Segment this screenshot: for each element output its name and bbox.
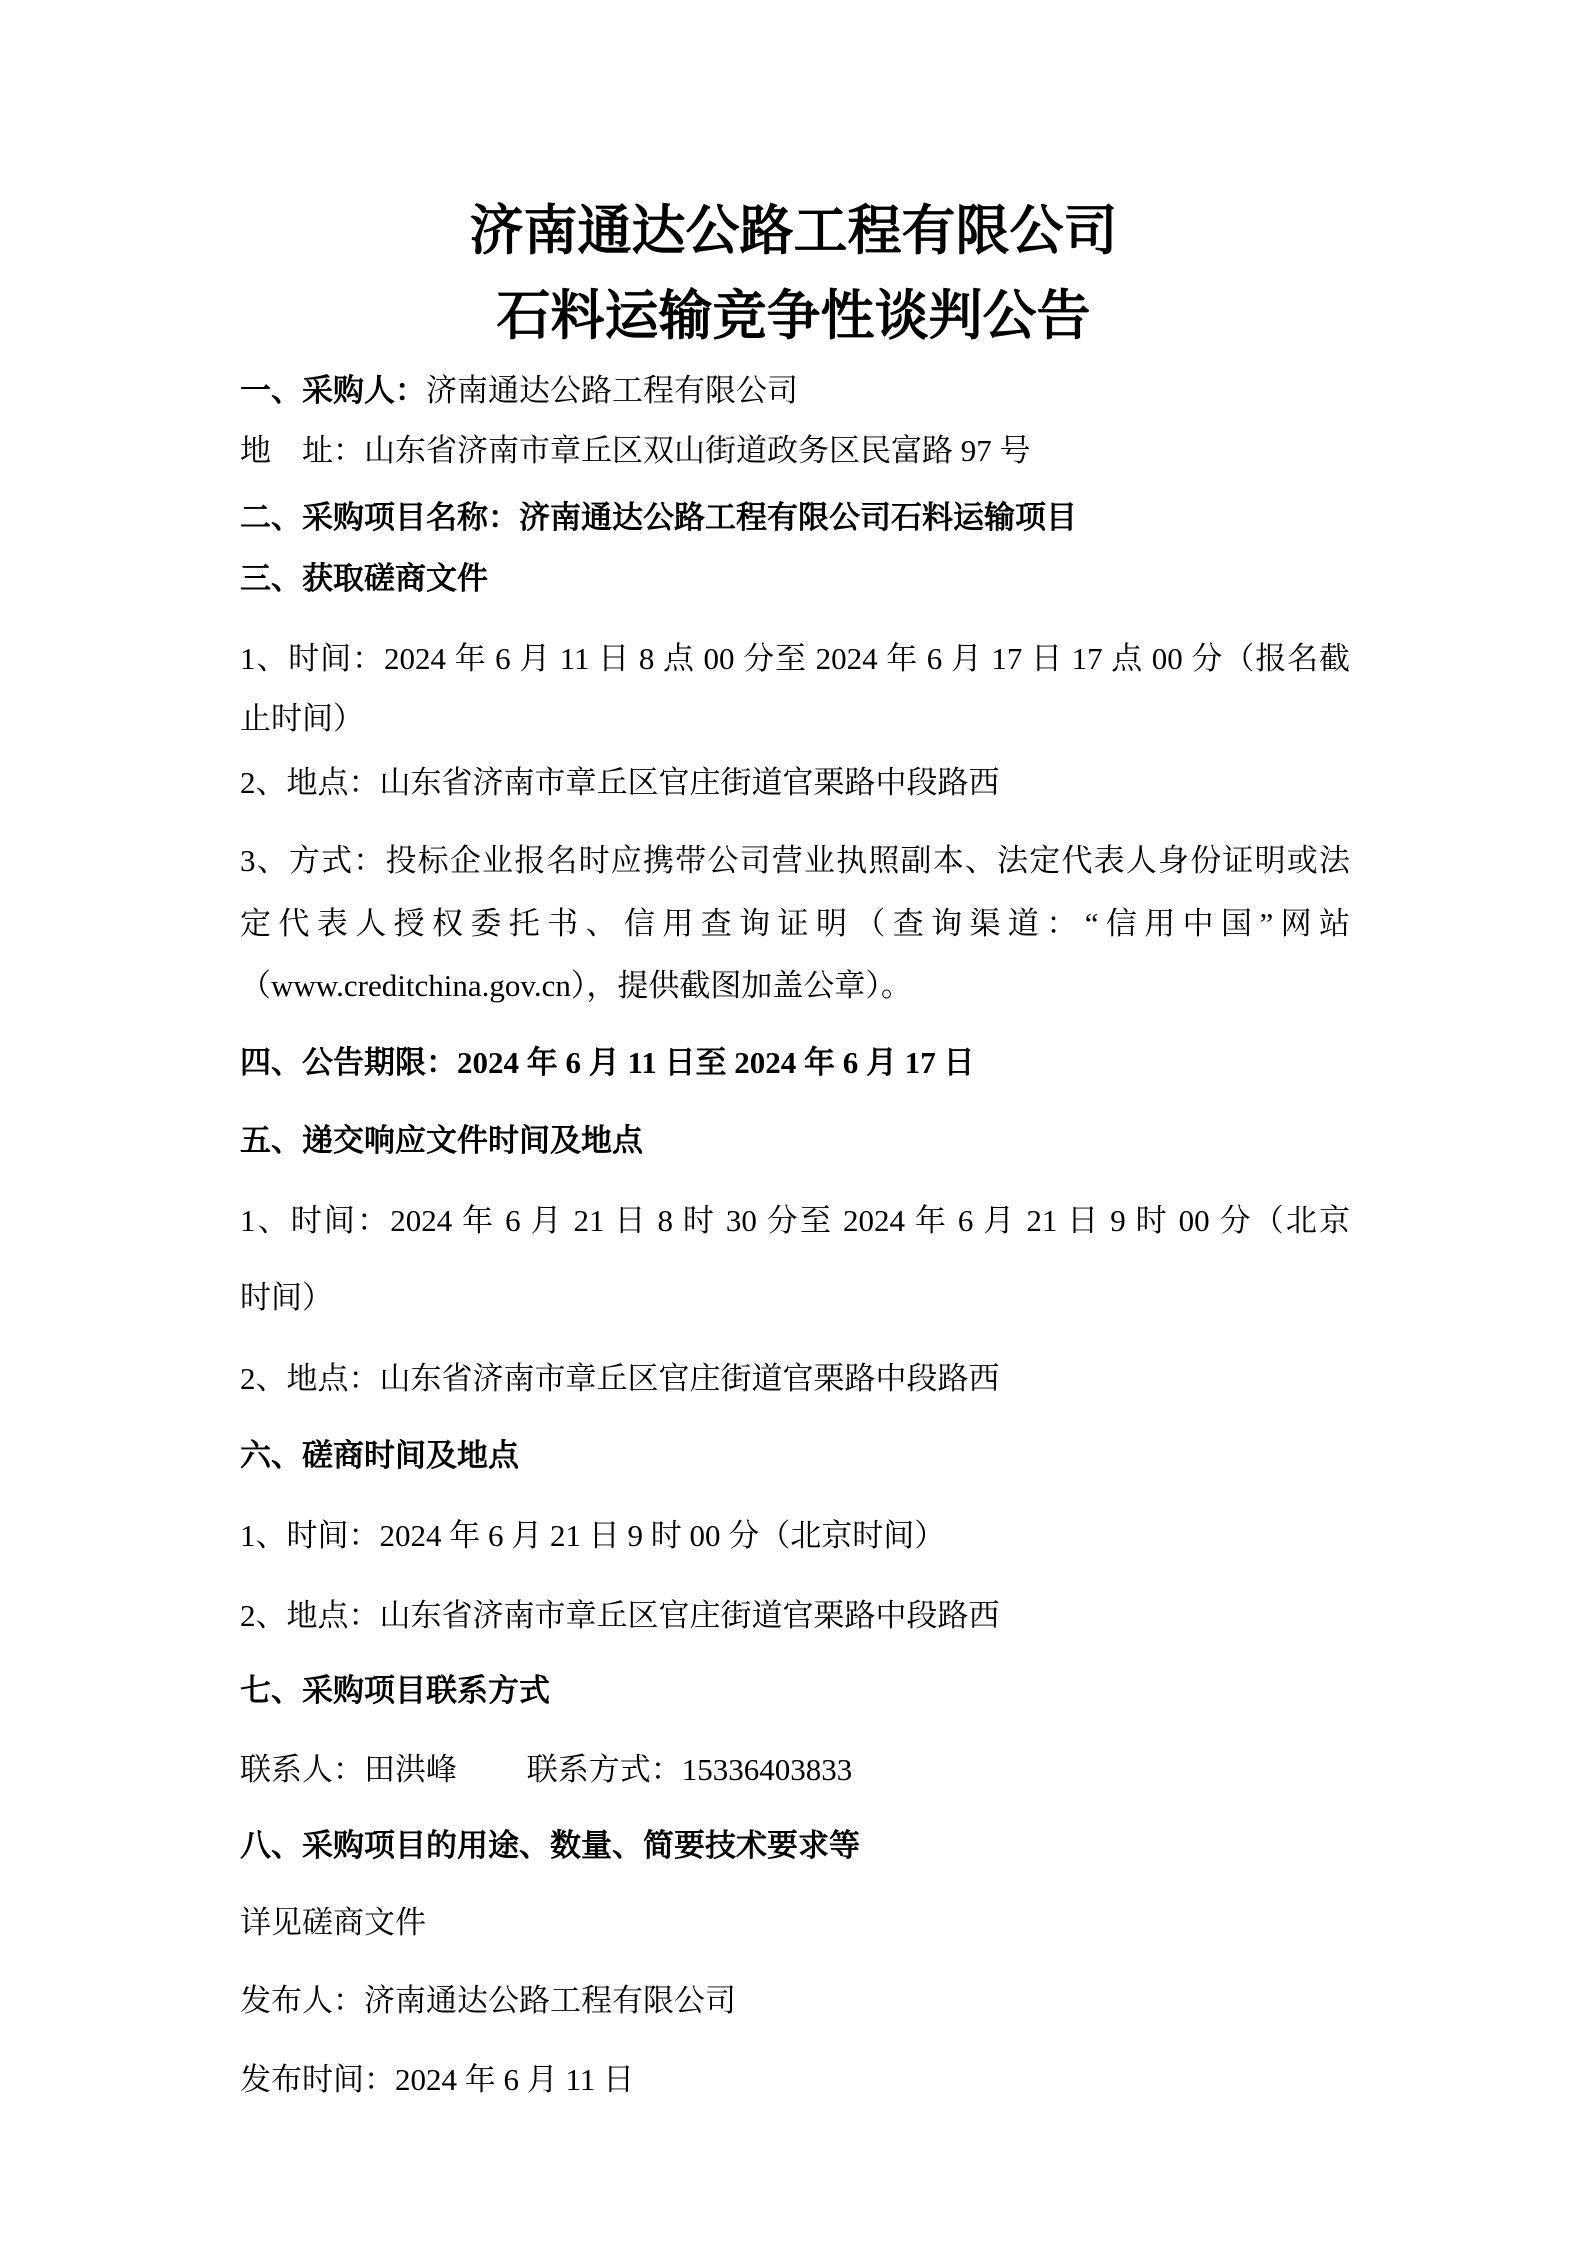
- submission-time1-text: 1、时间：2024 年 6 月 21 日 8 时 30 分至 2024 年 6 …: [240, 1203, 1350, 1238]
- line-publish-date: 发布时间：2024 年 6 月 11 日: [240, 2062, 1350, 2098]
- heading-announcement-period: 四、公告期限：2024 年 6 月 11 日至 2024 年 6 月 17 日: [240, 1045, 1350, 1081]
- line-address: 地 址：山东省济南市章丘区双山街道政务区民富路 97 号: [240, 433, 1350, 469]
- publish-date-text: 发布时间：2024 年 6 月 11 日: [240, 2062, 634, 2097]
- submission-time2-text: 时间）: [240, 1280, 333, 1315]
- heading-contact-info: 七、采购项目联系方式: [240, 1673, 1350, 1709]
- announcement-period-text: 四、公告期限：2024 年 6 月 11 日至 2024 年 6 月 17 日: [240, 1045, 975, 1080]
- line-purchaser: 一、采购人：济南通达公路工程有限公司: [240, 373, 1350, 409]
- contact-person-phone-text: 联系人：田洪峰 联系方式：15336403833: [240, 1752, 852, 1787]
- negotiation-location-text: 2、地点：山东省济南市章丘区官庄街道官栗路中段路西: [240, 1598, 1000, 1633]
- obtain-location-text: 2、地点：山东省济南市章丘区官庄街道官栗路中段路西: [240, 765, 1000, 800]
- line-see-documents: 详见磋商文件: [240, 1905, 1350, 1941]
- obtain-time2-text: 止时间）: [240, 701, 364, 736]
- line-negotiation-location: 2、地点：山东省济南市章丘区官庄街道官栗路中段路西: [240, 1598, 1350, 1634]
- address-text: 地 址：山东省济南市章丘区双山街道政务区民富路 97 号: [240, 433, 1031, 468]
- line-project-name: 二、采购项目名称：济南通达公路工程有限公司石料运输项目: [240, 500, 1350, 536]
- negotiation-time-text: 1、时间：2024 年 6 月 21 日 9 时 00 分（北京时间）: [240, 1518, 945, 1553]
- see-documents-text: 详见磋商文件: [240, 1905, 426, 1940]
- heading-project-requirements: 八、采购项目的用途、数量、简要技术要求等: [240, 1828, 1350, 1864]
- heading-obtain-documents: 三、获取磋商文件: [240, 561, 1350, 597]
- line-publisher: 发布人：济南通达公路工程有限公司: [240, 1983, 1350, 2019]
- heading-submission-time-location: 五、递交响应文件时间及地点: [240, 1123, 1350, 1159]
- contact-heading-text: 七、采购项目联系方式: [240, 1673, 550, 1708]
- submission-heading-text: 五、递交响应文件时间及地点: [240, 1123, 643, 1158]
- heading-negotiation-time-location: 六、磋商时间及地点: [240, 1438, 1350, 1474]
- doc-title-line1: 济南通达公路工程有限公司: [0, 203, 1587, 260]
- requirements-heading-text: 八、采购项目的用途、数量、简要技术要求等: [240, 1828, 860, 1863]
- para-obtain-time-line1: 1、时间：2024 年 6 月 11 日 8 点 00 分至 2024 年 6 …: [240, 641, 1350, 677]
- para-obtain-method-line1: 3、方式：投标企业报名时应携带公司营业执照副本、法定代表人身份证明或法: [240, 843, 1350, 879]
- purchaser-label: 一、采购人：: [240, 373, 426, 408]
- obtain-documents-heading-text: 三、获取磋商文件: [240, 561, 488, 596]
- obtain-method1-text: 3、方式：投标企业报名时应携带公司营业执照副本、法定代表人身份证明或法: [240, 843, 1350, 878]
- negotiation-heading-text: 六、磋商时间及地点: [240, 1438, 519, 1473]
- project-name-text: 二、采购项目名称：济南通达公路工程有限公司石料运输项目: [240, 500, 1077, 535]
- obtain-method3-text: （www.creditchina.gov.cn），提供截图加盖公章）。: [240, 968, 912, 1003]
- publisher-text: 发布人：济南通达公路工程有限公司: [240, 1983, 736, 2018]
- doc-title-line2: 石料运输竞争性谈判公告: [0, 288, 1587, 345]
- document-page: 济南通达公路工程有限公司 石料运输竞争性谈判公告 一、采购人：济南通达公路工程有…: [0, 0, 1587, 2245]
- para-submission-time-line2: 时间）: [240, 1280, 1350, 1316]
- obtain-time-text: 1、时间：2024 年 6 月 11 日 8 点 00 分至 2024 年 6 …: [240, 641, 1350, 676]
- para-submission-time-line1: 1、时间：2024 年 6 月 21 日 8 时 30 分至 2024 年 6 …: [240, 1203, 1350, 1239]
- line-contact-person-phone: 联系人：田洪峰 联系方式：15336403833: [240, 1752, 1350, 1788]
- para-obtain-method-line2: 定代表人授权委托书、信用查询证明（查询渠道：“信用中国”网站: [240, 906, 1350, 942]
- para-obtain-time-line2: 止时间）: [240, 701, 1350, 737]
- line-submission-location: 2、地点：山东省济南市章丘区官庄街道官栗路中段路西: [240, 1361, 1350, 1397]
- submission-location-text: 2、地点：山东省济南市章丘区官庄街道官栗路中段路西: [240, 1361, 1000, 1396]
- para-obtain-method-line3: （www.creditchina.gov.cn），提供截图加盖公章）。: [240, 968, 1350, 1004]
- line-obtain-location: 2、地点：山东省济南市章丘区官庄街道官栗路中段路西: [240, 765, 1350, 801]
- purchaser-value: 济南通达公路工程有限公司: [426, 373, 798, 408]
- line-negotiation-time: 1、时间：2024 年 6 月 21 日 9 时 00 分（北京时间）: [240, 1518, 1350, 1554]
- obtain-method2-text: 定代表人授权委托书、信用查询证明（查询渠道：“信用中国”网站: [240, 906, 1350, 941]
